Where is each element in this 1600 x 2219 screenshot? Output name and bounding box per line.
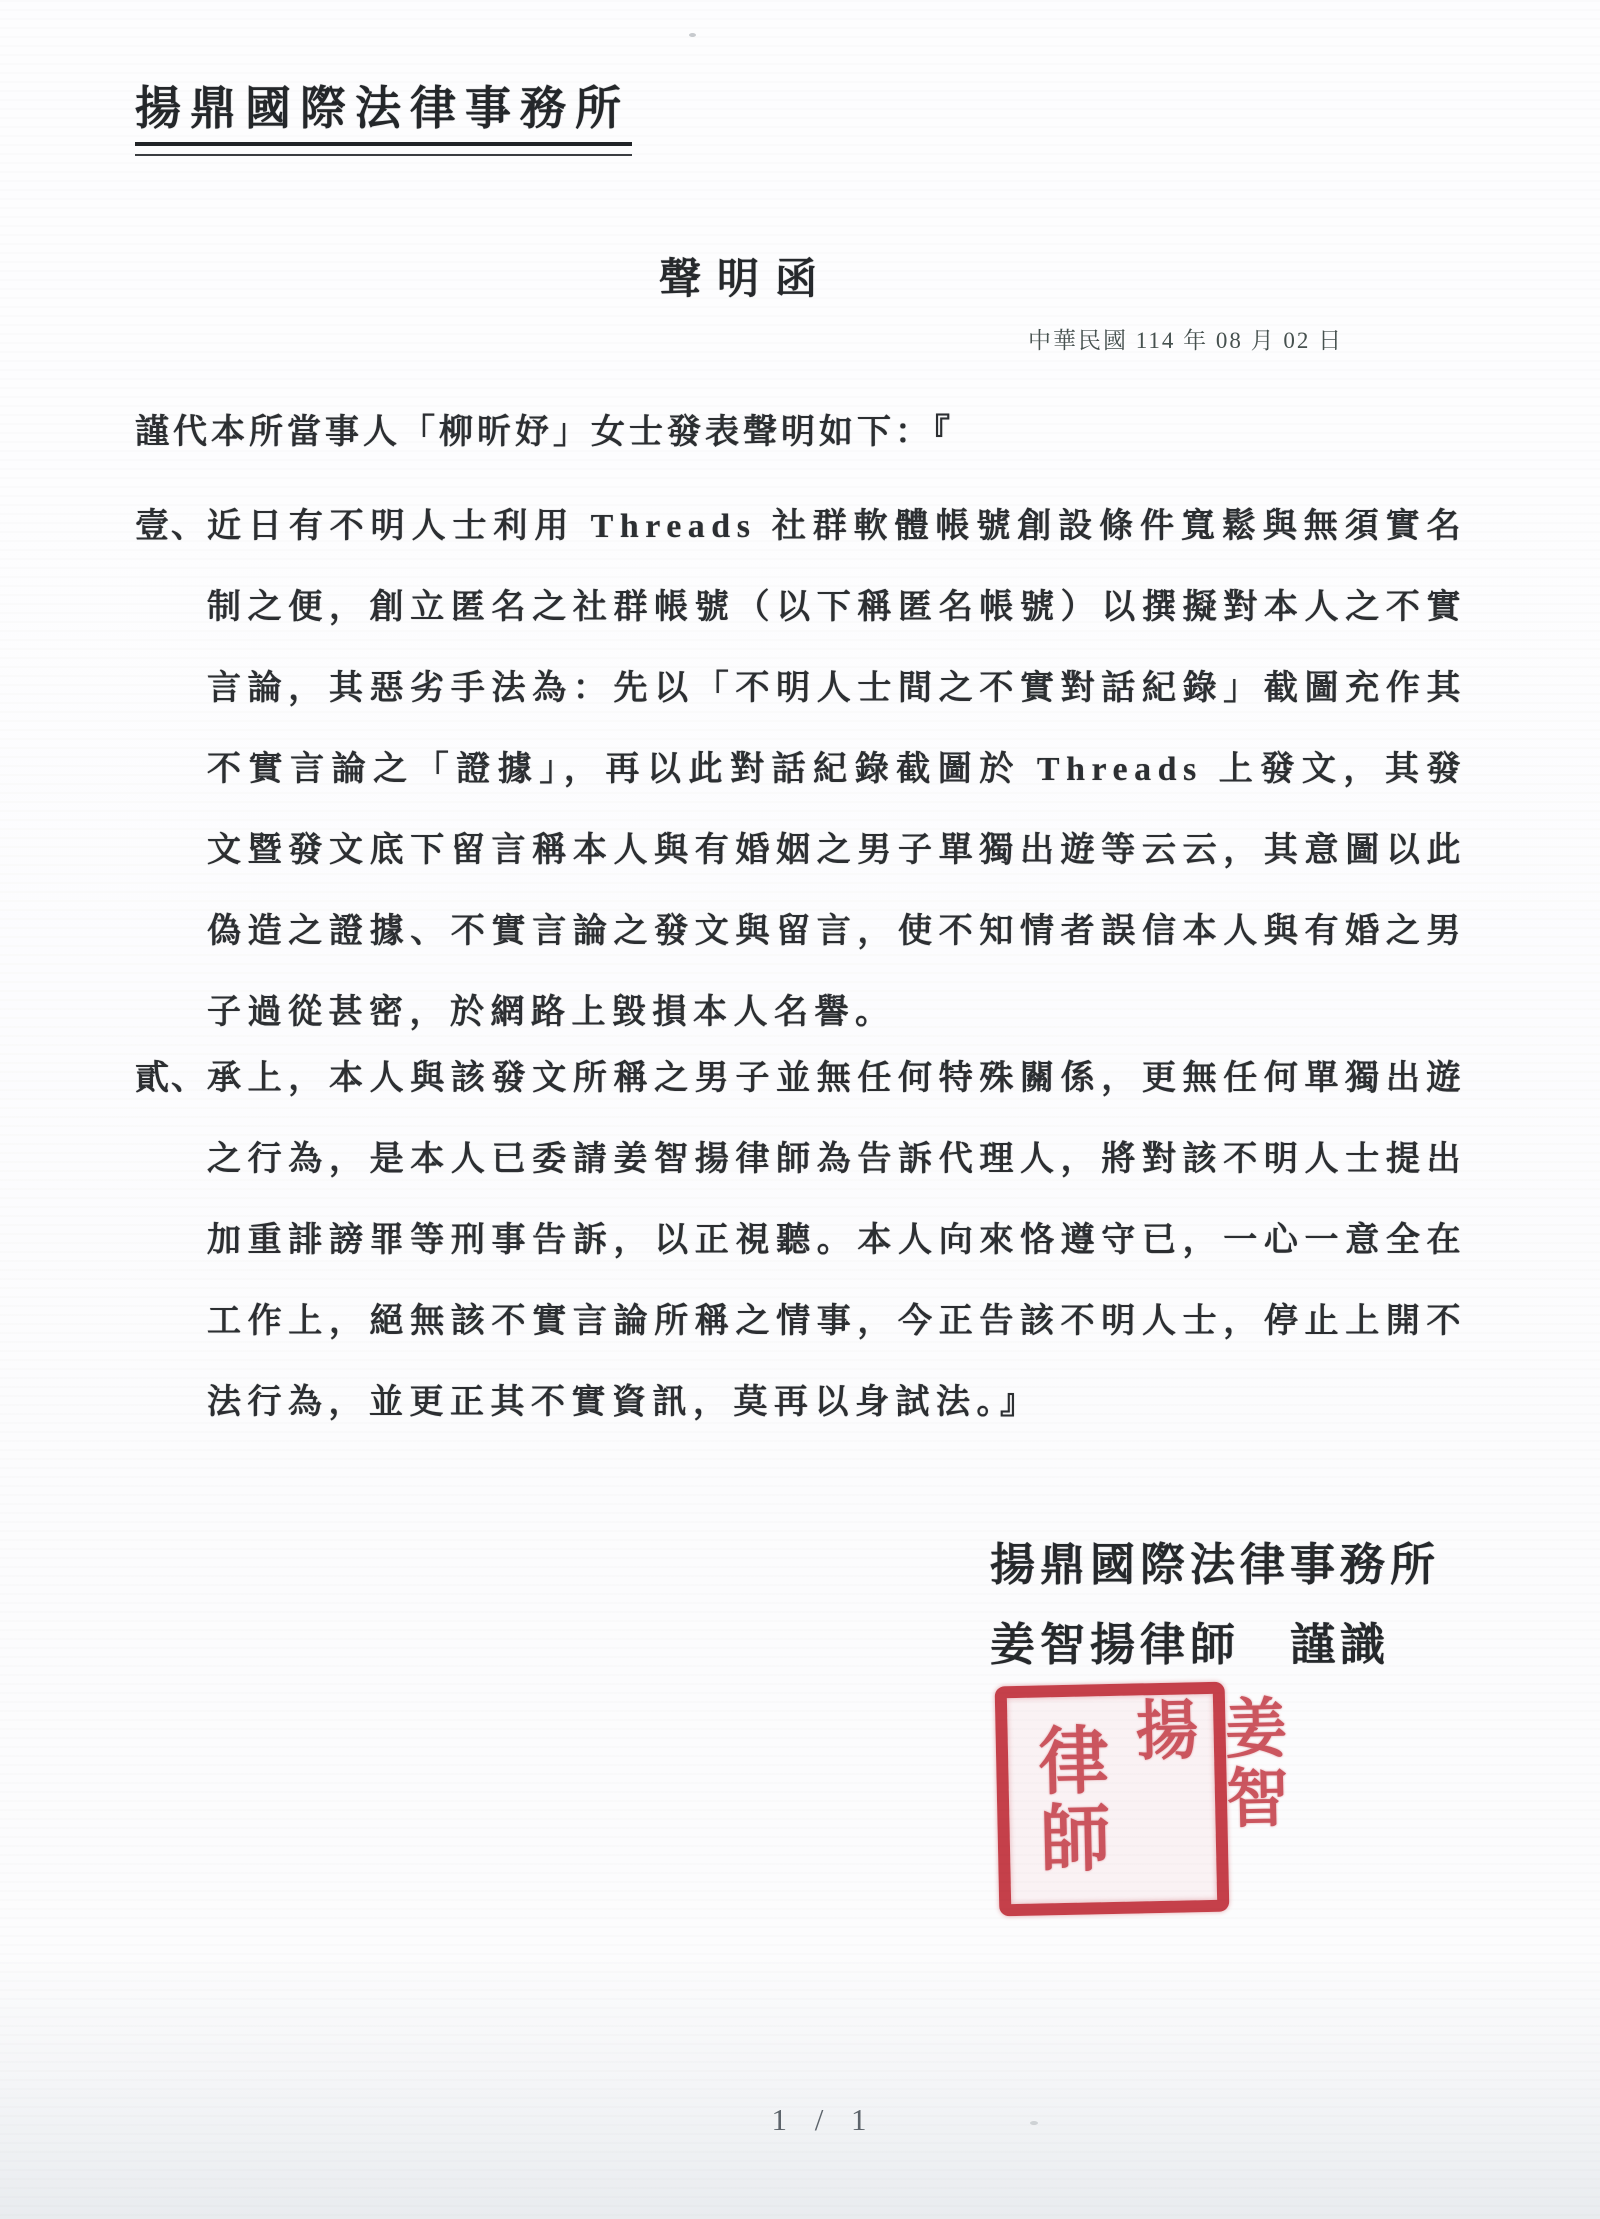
seal-text-right-column: 姜智揚 — [1116, 1693, 1298, 1900]
item-text: 近日有不明人士利用 Threads 社群軟體帳號創設條件寬鬆與無須實名制之便，創… — [207, 486, 1467, 1053]
header-double-rule — [135, 142, 632, 156]
item-number: 貳、 — [135, 1038, 207, 1119]
page-number: 1 / 1 — [0, 2102, 1600, 2138]
statement-item-2: 貳、 承上，本人與該發文所稱之男子並無任何特殊關係，更無任何單獨出遊之行為，是本… — [135, 1038, 1467, 1443]
statement-item-1: 壹、 近日有不明人士利用 Threads 社群軟體帳號創設條件寬鬆與無須實名制之… — [135, 486, 1467, 1053]
seal-text-left-column: 律師 — [1015, 1721, 1119, 1878]
document-title: 聲明函 — [0, 246, 1492, 306]
document-page: 揚鼎國際法律事務所 聲明函 中華民國 114 年 08 月 02 日 謹代本所當… — [0, 0, 1600, 2219]
document-date: 中華民國 114 年 08 月 02 日 — [1028, 322, 1343, 355]
item-text: 承上，本人與該發文所稱之男子並無任何特殊關係，更無任何單獨出遊之行為，是本人已委… — [207, 1038, 1467, 1443]
scan-artifact — [689, 33, 696, 37]
lawyer-red-seal: 姜智揚 律師 — [995, 1682, 1230, 1917]
statement-intro: 謹代本所當事人「柳昕妤」女士發表聲明如下：『 — [135, 404, 954, 453]
signature-lawyer-name: 姜智揚律師 謹識 — [990, 1608, 1390, 1673]
signature-firm-name: 揚鼎國際法律事務所 — [990, 1528, 1440, 1593]
firm-name-header: 揚鼎國際法律事務所 — [135, 72, 630, 138]
scan-artifact — [1030, 2121, 1038, 2125]
item-number: 壹、 — [135, 486, 207, 567]
